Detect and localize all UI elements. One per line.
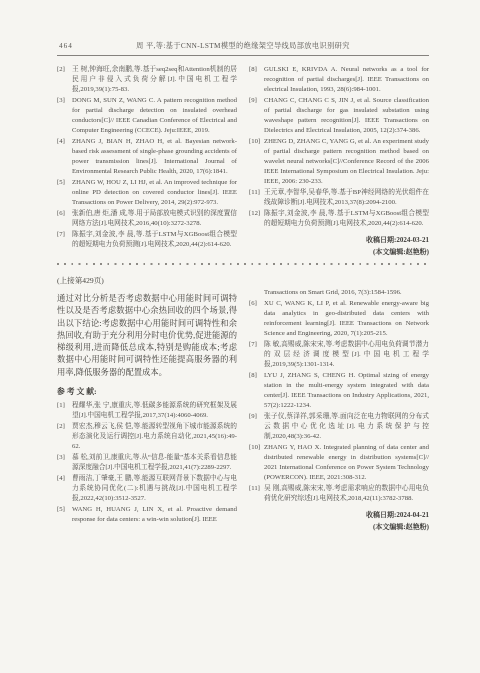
reference-item: [7]陈振宇,刘金波,李 晨,等.基于LSTM与XGBoost组合模型的超短期电…	[57, 230, 237, 250]
editor-note: (本文编辑:赵艳粉)	[249, 246, 429, 258]
references-heading: 参 考 文 献:	[57, 385, 237, 398]
reference-number: [1]	[57, 401, 72, 421]
page-header: 464 周 平,等:基于CNN-LSTM模型的绝缘架空导线局部放电识别研究	[57, 40, 429, 52]
reference-item: [6]张新伯,唐 炬,潘 成,等.用于局部放电模式识别的深度置信网络方法[J].…	[57, 209, 237, 229]
reference-text: 程耀华,张 宁,康重庆,等.低碳多能源系统的研究框架及展望[J].中国电机工程学…	[72, 401, 237, 421]
reference-number: [6]	[249, 299, 264, 339]
reference-number: [9]	[249, 412, 264, 442]
reference-number: [2]	[57, 422, 72, 452]
reference-number: [5]	[57, 505, 72, 525]
top-left-column: [2]王 树,钟海旺,余南鹏,等.基于seq2seq和Attention机制的居…	[57, 65, 237, 258]
article-footer-block: 收稿日期:2024-04-21 (本文编辑:赵艳粉)	[249, 509, 429, 533]
reference-text: GULSKI E, KRIVDA A. Neural networks as a…	[264, 65, 429, 95]
reference-item: [11]吴 刚,高赐威,陈宋宋,等.考虑需求响应的数据中心用电负荷优化研究综述[…	[249, 484, 429, 504]
reference-text: WANG H, HUANG J, LIN X, et al. Proactive…	[72, 505, 237, 525]
reference-list: [8]GULSKI E, KRIVDA A. Neural networks a…	[249, 65, 429, 229]
reference-item: [10]ZHENG D, ZHANG C, YANG G, et al. An …	[249, 137, 429, 187]
reference-text: 张新伯,唐 炬,潘 成,等.用于局部放电模式识别的深度置信网络方法[J].电网技…	[72, 209, 237, 229]
continued-article-section: (上接第429页) 通过对比分析是否考虑数据中心用能时间可调特性以及是否考虑数据…	[57, 275, 429, 533]
reference-text: 陈振宇,刘金波,李 晨,等.基于LSTM与XGBoost组合模型的超短期电力负荷…	[264, 209, 429, 229]
conclusion-paragraph: 通过对比分析是否考虑数据中心用能时间可调特性以及是否考虑数据中心余热回收的四个场…	[57, 293, 237, 379]
reference-number: [10]	[249, 443, 264, 483]
reference-list: [6]XU C, WANG K, LI P, et al. Renewable …	[249, 299, 429, 504]
running-title: 周 平,等:基于CNN-LSTM模型的绝缘架空导线局部放电识别研究	[57, 40, 429, 52]
received-date: 收稿日期:2024-04-21	[249, 509, 429, 521]
reference-text: 慕 松,刘前卫,康重庆,等.从“信息-能量”基本关系看信息能源深度融合[J].中…	[72, 453, 237, 473]
reference-number: [2]	[57, 65, 72, 95]
article-footer-block: 收稿日期:2024-03-21 (本文编辑:赵艳粉)	[249, 234, 429, 258]
page-content: 464 周 平,等:基于CNN-LSTM模型的绝缘架空导线局部放电识别研究 [2…	[57, 40, 429, 533]
reference-number: [4]	[57, 474, 72, 504]
reference-item: [3]慕 松,刘前卫,康重庆,等.从“信息-能量”基本关系看信息能源深度融合[J…	[57, 453, 237, 473]
reference-item: [8]LYU J, ZHANG S, CHENG H. Optimal sizi…	[249, 371, 429, 411]
reference-text: 陈振宇,刘金波,李 晨,等.基于LSTM与XGBoost组合模型的超短期电力负荷…	[72, 230, 237, 250]
reference-text: ZHENG D, ZHANG C, YANG G, et al. An expe…	[264, 137, 429, 187]
reference-text: 贾宏杰,穆云飞,侯 恺,等.能源转型视角下城市能源系统的形态演化及运行调控[J]…	[72, 422, 237, 452]
reference-item: [5]WANG H, HUANG J, LIN X, et al. Proact…	[57, 505, 237, 525]
reference-number: [7]	[249, 340, 264, 370]
top-right-column: [8]GULSKI E, KRIVDA A. Neural networks a…	[249, 65, 429, 258]
reference-text: ZHANG Y, HAO X. Integrated planning of d…	[264, 443, 429, 483]
reference-item: [1]程耀华,张 宁,康重庆,等.低碳多能源系统的研究框架及展望[J].中国电机…	[57, 401, 237, 421]
reference-list: [1]程耀华,张 宁,康重庆,等.低碳多能源系统的研究框架及展望[J].中国电机…	[57, 401, 237, 525]
reference-item: [6]XU C, WANG K, LI P, et al. Renewable …	[249, 299, 429, 339]
bottom-right-column: Transactions on Smart Grid, 2016, 7(3):1…	[249, 275, 429, 533]
reference-item: [8]GULSKI E, KRIVDA A. Neural networks a…	[249, 65, 429, 95]
received-date: 收稿日期:2024-03-21	[249, 234, 429, 246]
reference-text: 张子仪,蔡泽祥,郭采珊,等.面向泛在电力物联网的分布式云数据中心优化选址[J].…	[264, 412, 429, 442]
reference-item: [5]ZHANG W, HOU Z, LI HJ, et al. An impr…	[57, 178, 237, 208]
reference-text: CHANG C, CHANG C S, JIN J, et al. Source…	[264, 96, 429, 136]
reference-text: XU C, WANG K, LI P, et al. Renewable ene…	[264, 299, 429, 339]
reference-number: [8]	[249, 65, 264, 95]
section-divider	[57, 263, 429, 265]
reference-text: LYU J, ZHANG S, CHENG H. Optimal sizing …	[264, 371, 429, 411]
reference-item: [9]张子仪,蔡泽祥,郭采珊,等.面向泛在电力物联网的分布式云数据中心优化选址[…	[249, 412, 429, 442]
reference-number: [11]	[249, 188, 264, 208]
continued-from-note: (上接第429页)	[57, 275, 237, 287]
reference-item: [3]DONG M, SUN Z, WANG C. A pattern reco…	[57, 96, 237, 136]
reference-item: [2]贾宏杰,穆云飞,侯 恺,等.能源转型视角下城市能源系统的形态演化及运行调控…	[57, 422, 237, 452]
reference-number: [11]	[249, 484, 264, 504]
references-section-top: [2]王 树,钟海旺,余南鹏,等.基于seq2seq和Attention机制的居…	[57, 65, 429, 258]
reference-number: [3]	[57, 96, 72, 136]
reference-number: [12]	[249, 209, 264, 229]
editor-note: (本文编辑:赵艳粉)	[249, 521, 429, 533]
reference-number: [9]	[249, 96, 264, 136]
reference-number: [10]	[249, 137, 264, 187]
reference-item: [10]ZHANG Y, HAO X. Integrated planning …	[249, 443, 429, 483]
reference-item: [9]CHANG C, CHANG C S, JIN J, et al. Sou…	[249, 96, 429, 136]
header-rule	[57, 55, 429, 56]
reference-text: ZHANG J, BIAN H, ZHAO H, et al. Bayesian…	[72, 137, 237, 177]
journal-page: 464 周 平,等:基于CNN-LSTM模型的绝缘架空导线局部放电识别研究 [2…	[0, 0, 480, 673]
reference-number: [7]	[57, 230, 72, 250]
reference-carryover-text: Transactions on Smart Grid, 2016, 7(3):1…	[249, 288, 429, 298]
reference-text: DONG M, SUN Z, WANG C. A pattern recogni…	[72, 96, 237, 136]
page-number: 464	[59, 40, 73, 52]
reference-number: [8]	[249, 371, 264, 411]
reference-item: [4]ZHANG J, BIAN H, ZHAO H, et al. Bayes…	[57, 137, 237, 177]
reference-number: [5]	[57, 178, 72, 208]
reference-item: [7]陈 敏,高赐威,陈宋宋,等.考虑数据中心用电负荷调节潜力的双层经济调度模型…	[249, 340, 429, 370]
reference-text: 陈 敏,高赐威,陈宋宋,等.考虑数据中心用电负荷调节潜力的双层经济调度模型[J]…	[264, 340, 429, 370]
reference-list: [2]王 树,钟海旺,余南鹏,等.基于seq2seq和Attention机制的居…	[57, 65, 237, 250]
reference-text: ZHANG W, HOU Z, LI HJ, et al. An improve…	[72, 178, 237, 208]
reference-number: [4]	[57, 137, 72, 177]
reference-text: 王元章,李智华,吴春华,等.基于BP神经网络的光伏组件在线故障诊断[J].电网技…	[264, 188, 429, 208]
reference-text: 曹雨洁,丁肇豪,王 鹏,等.能源互联网背景下数据中心与电力系统协同优化(二):机…	[72, 474, 237, 504]
reference-item: [4]曹雨洁,丁肇豪,王 鹏,等.能源互联网背景下数据中心与电力系统协同优化(二…	[57, 474, 237, 504]
reference-item: [12]陈振宇,刘金波,李 晨,等.基于LSTM与XGBoost组合模型的超短期…	[249, 209, 429, 229]
reference-item: [2]王 树,钟海旺,余南鹏,等.基于seq2seq和Attention机制的居…	[57, 65, 237, 95]
reference-number: [3]	[57, 453, 72, 473]
reference-number: [6]	[57, 209, 72, 229]
reference-text: 王 树,钟海旺,余南鹏,等.基于seq2seq和Attention机制的居民用户…	[72, 65, 237, 95]
bottom-left-column: (上接第429页) 通过对比分析是否考虑数据中心用能时间可调特性以及是否考虑数据…	[57, 275, 237, 533]
reference-item: [11]王元章,李智华,吴春华,等.基于BP神经网络的光伏组件在线故障诊断[J]…	[249, 188, 429, 208]
reference-text: 吴 刚,高赐威,陈宋宋,等.考虑需求响应的数据中心用电负荷优化研究综述[J].电…	[264, 484, 429, 504]
